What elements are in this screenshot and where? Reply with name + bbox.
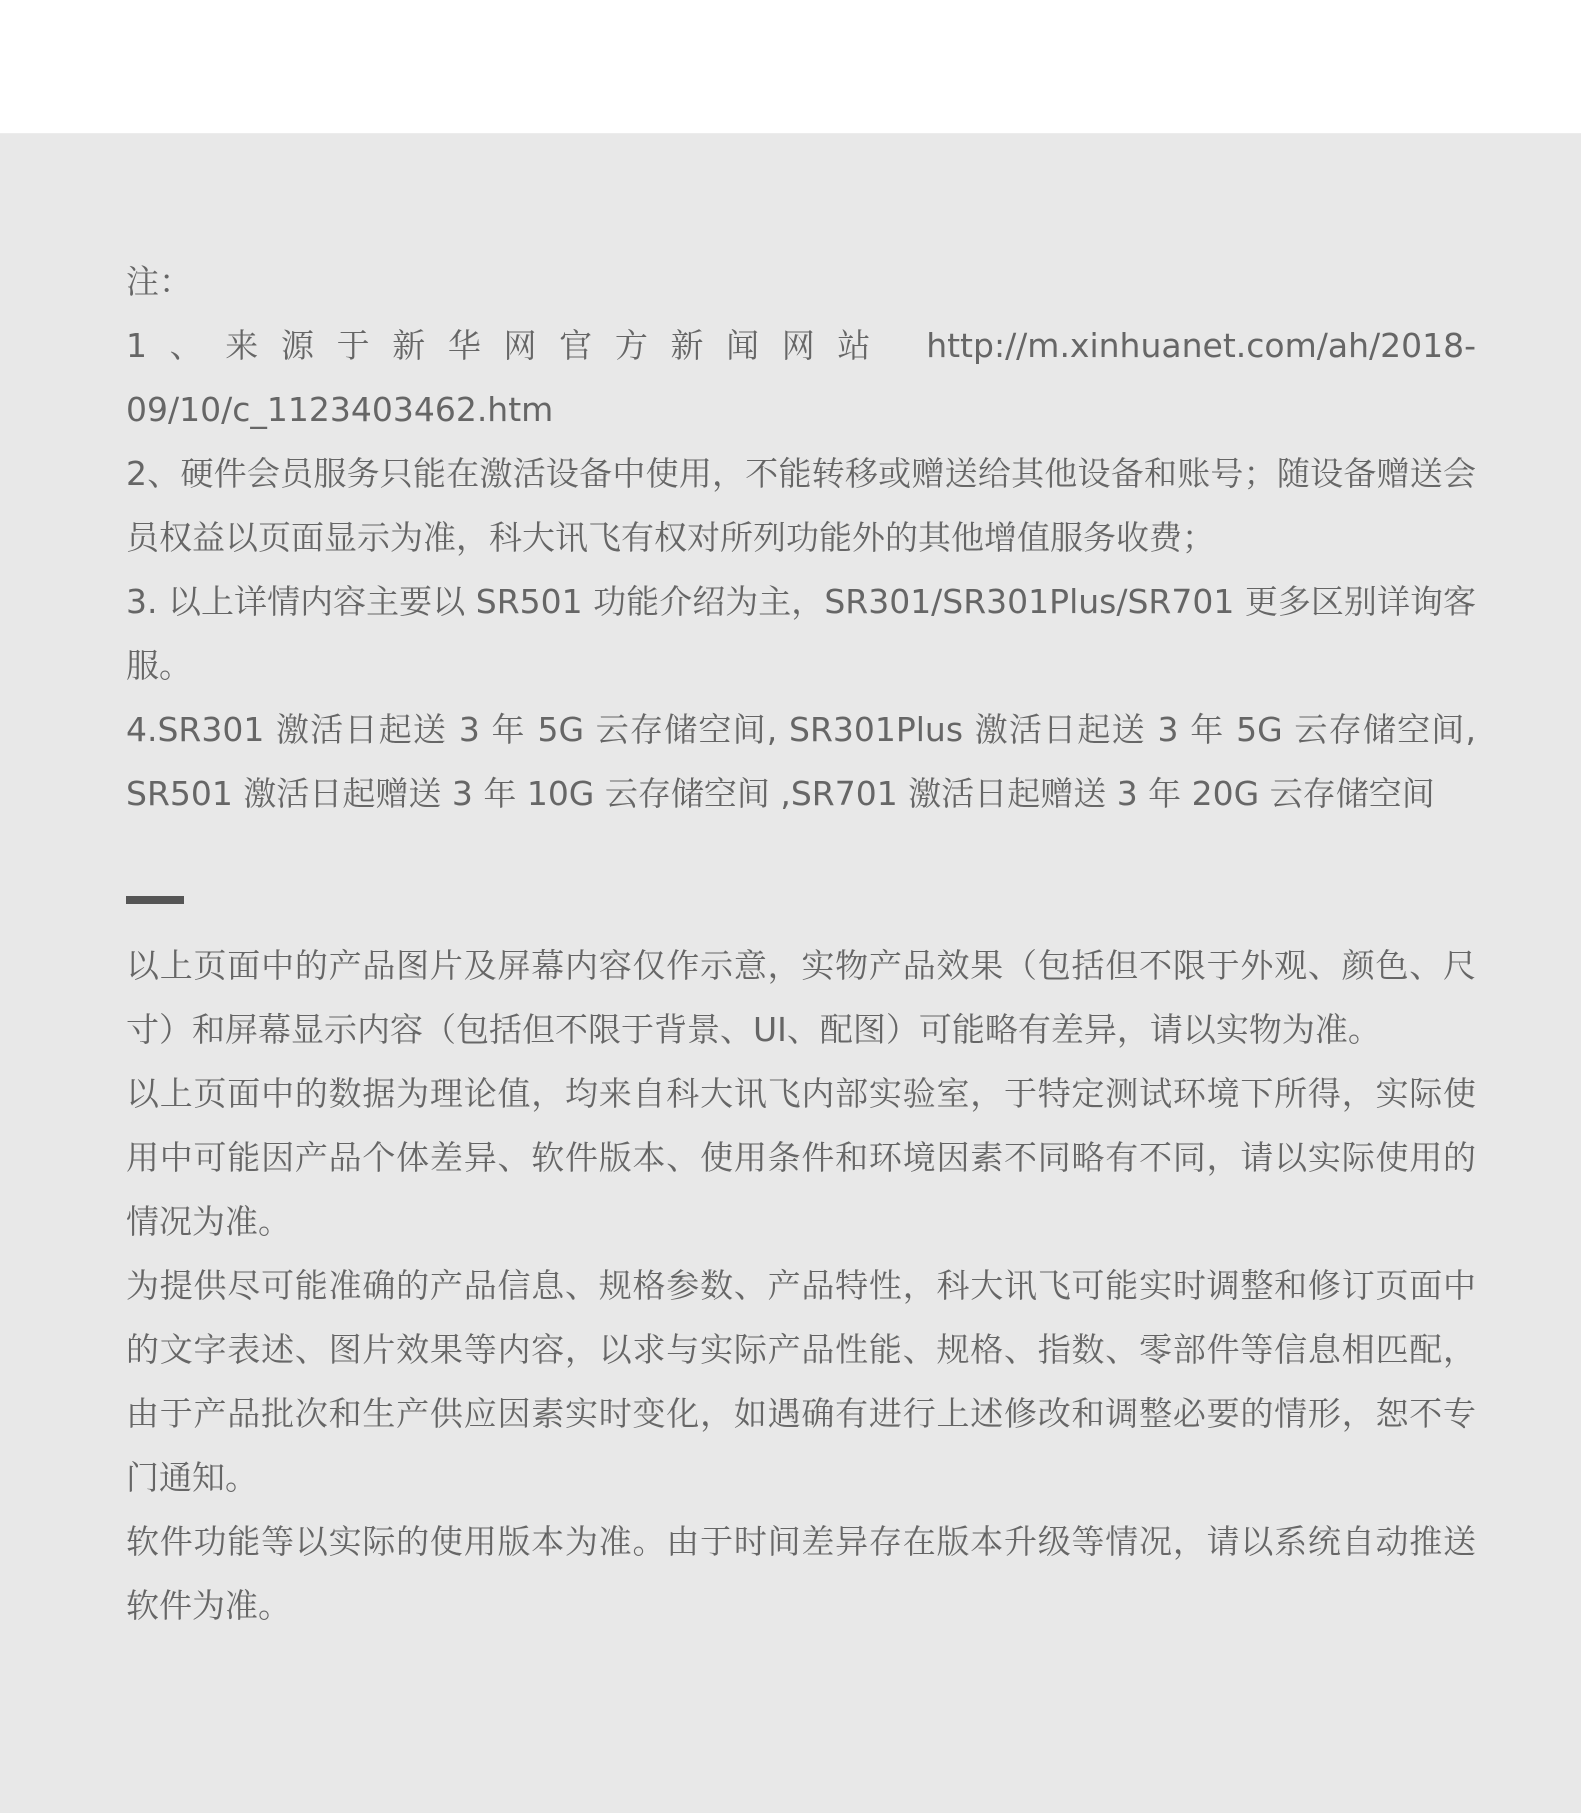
top-white-band [0,0,1581,133]
section-divider [126,896,184,904]
disclaimer-paragraph-software: 软件功能等以实际的使用版本为准。由于时间差异存在版本升级等情况，请以系统自动推送… [126,1510,1476,1638]
notes-heading: 注： [126,250,1476,314]
note-item-1: 1、来源于新华网官方新闻网站 http://m.xinhuanet.com/ah… [126,314,1476,442]
note-item-3: 3. 以上详情内容主要以 SR501 功能介绍为主，SR301/SR301Plu… [126,570,1476,698]
note-item-2: 2、硬件会员服务只能在激活设备中使用，不能转移或赠送给其他设备和账号；随设备赠送… [126,442,1476,570]
notes-block: 注： 1、来源于新华网官方新闻网站 http://m.xinhuanet.com… [126,250,1476,826]
disclaimer-block: 以上页面中的产品图片及屏幕内容仅作示意，实物产品效果（包括但不限于外观、颜色、尺… [126,934,1476,1638]
notes-section: 注： 1、来源于新华网官方新闻网站 http://m.xinhuanet.com… [0,133,1581,1813]
disclaimer-paragraph-updates: 为提供尽可能准确的产品信息、规格参数、产品特性，科大讯飞可能实时调整和修订页面中… [126,1254,1476,1510]
note-item-4: 4.SR301 激活日起送 3 年 5G 云存储空间, SR301Plus 激活… [126,698,1476,826]
disclaimer-paragraph-images: 以上页面中的产品图片及屏幕内容仅作示意，实物产品效果（包括但不限于外观、颜色、尺… [126,934,1476,1062]
disclaimer-paragraph-data: 以上页面中的数据为理论值，均来自科大讯飞内部实验室，于特定测试环境下所得，实际使… [126,1062,1476,1254]
